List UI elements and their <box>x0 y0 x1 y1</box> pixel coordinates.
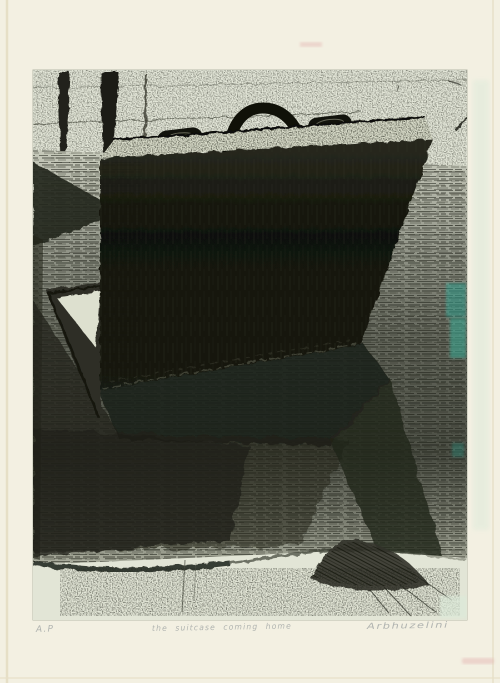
bottom-speckles <box>60 568 460 616</box>
signature-inscription: Arbhuzelini <box>366 621 450 632</box>
edition-inscription: A.P <box>35 624 55 635</box>
etching-artwork: A.P the suitcase coming home Arbhuzelini <box>0 0 500 683</box>
pink-stamp-mark <box>462 658 494 664</box>
scanned-print-sheet: A.P the suitcase coming home Arbhuzelini <box>0 0 500 683</box>
etching-plate <box>33 70 492 620</box>
right-margin-green-tint <box>473 80 489 530</box>
top-margin-pink-smear <box>300 42 322 47</box>
front-face-left-sheen <box>100 158 142 390</box>
bottom-right-green-tint <box>440 596 467 618</box>
